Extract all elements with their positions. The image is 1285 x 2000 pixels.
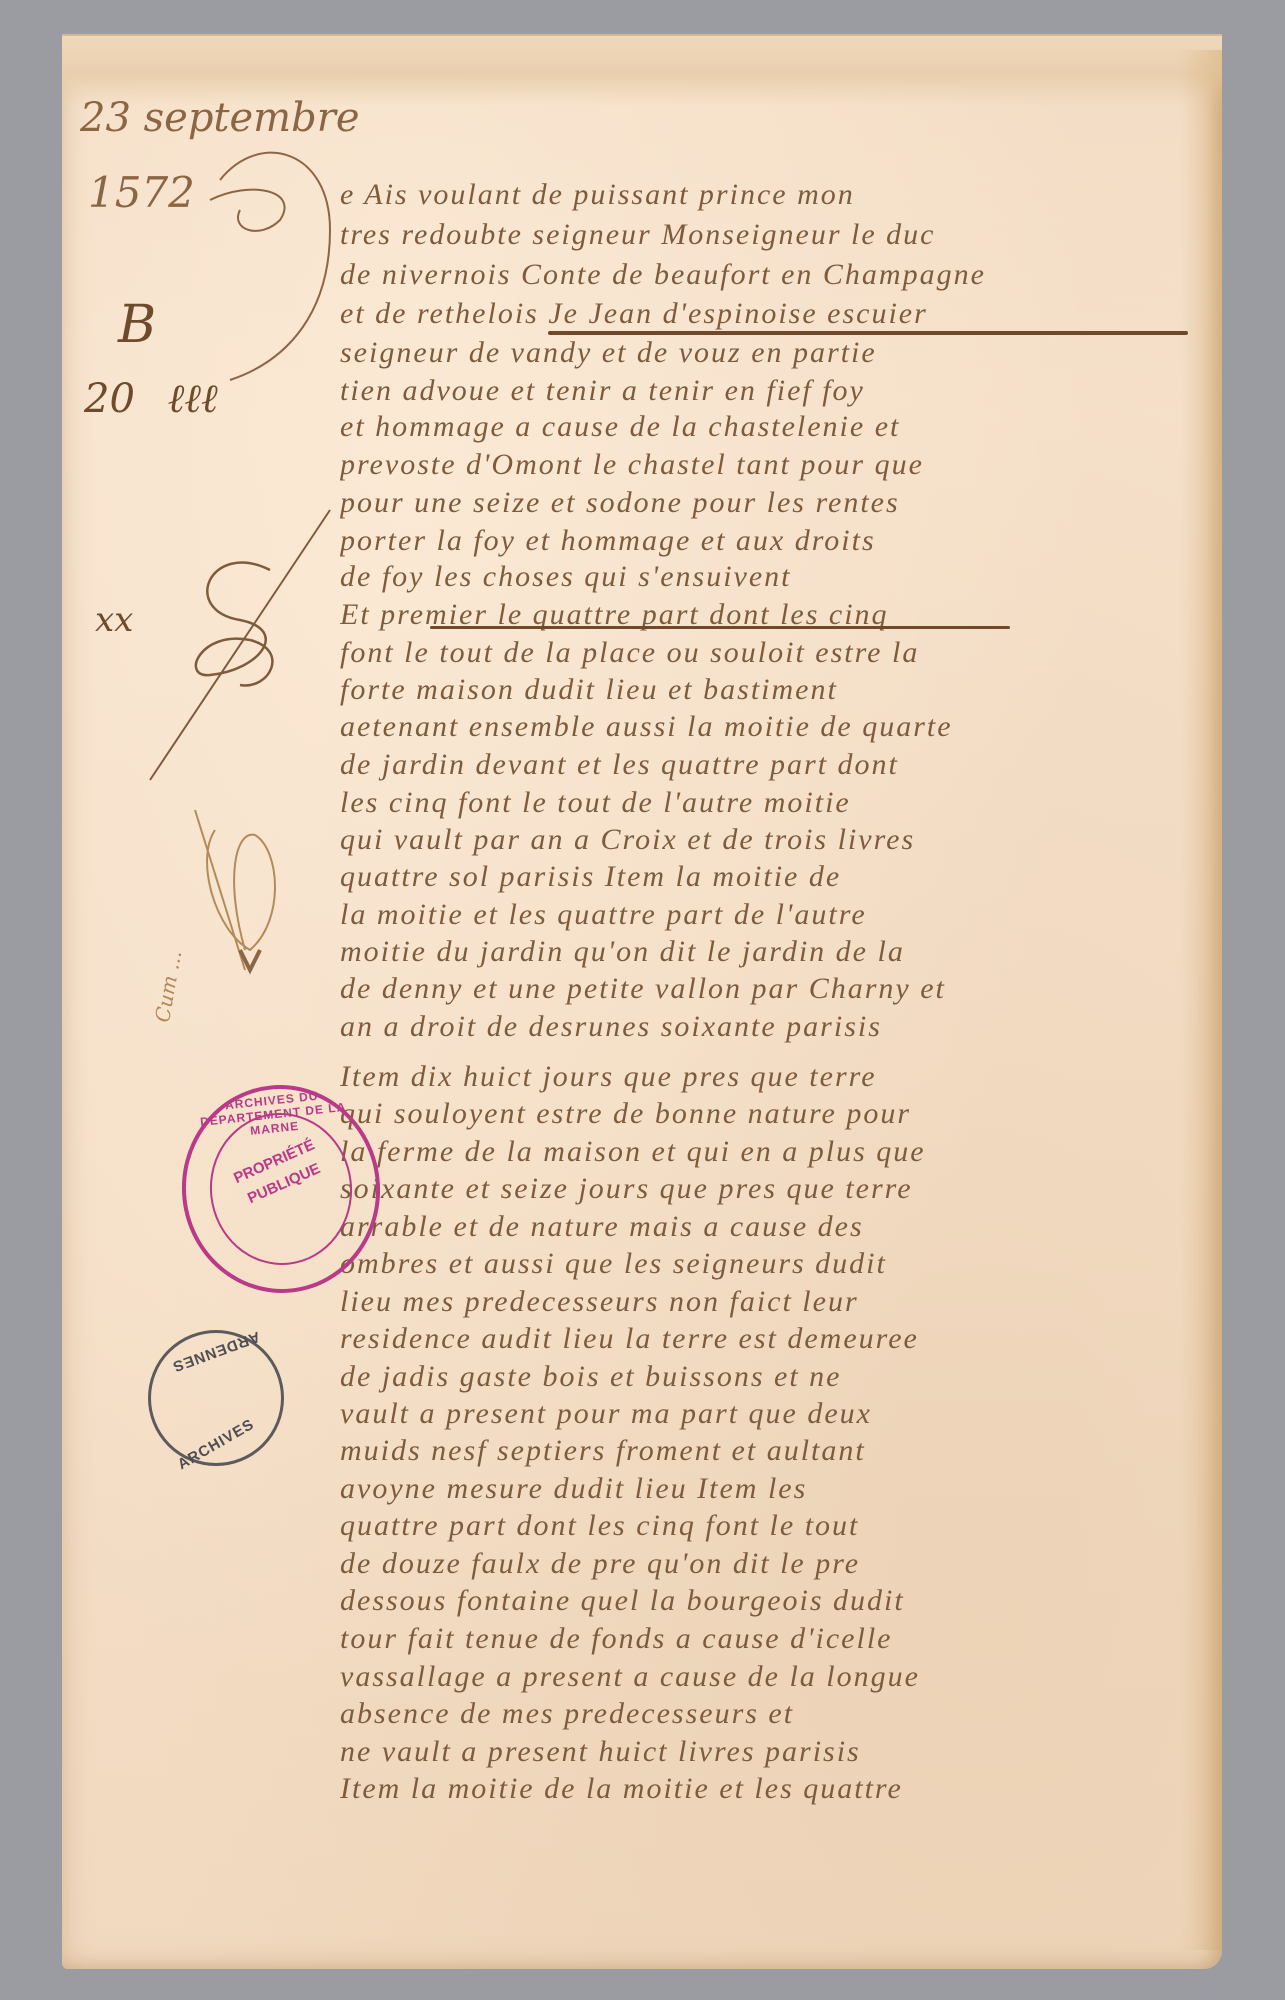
body-line: ombres et aussi que les seigneurs dudit	[340, 1247, 1180, 1281]
body-line: dessous fontaine quel la bourgeois dudit	[340, 1584, 1180, 1618]
body-line: de denny et une petite vallon par Charny…	[340, 972, 1180, 1006]
body-line: et hommage a cause de la chastelenie et	[340, 410, 1180, 444]
body-line: lieu mes predecesseurs non faict leur	[340, 1285, 1180, 1319]
body-line: tres redoubte seigneur Monseigneur le du…	[340, 218, 1180, 252]
body-line: e Ais voulant de puissant prince mon	[340, 178, 1180, 212]
body-line: muids nesf septiers froment et aultant	[340, 1434, 1180, 1468]
body-line: moitie du jardin qu'on dit le jardin de …	[340, 935, 1180, 969]
amount-suffix: ℓℓℓ	[168, 376, 218, 422]
body-line: de foy les choses qui s'ensuivent	[340, 560, 1180, 594]
body-line: quattre part dont les cinq font le tout	[340, 1509, 1180, 1543]
body-line: vassallage a present a cause de la longu…	[340, 1660, 1180, 1694]
date-annotation: 23 septembre	[80, 95, 360, 141]
body-line: soixante et seize jours que pres que ter…	[340, 1172, 1180, 1206]
body-line: ne vault a present huict livres parisis	[340, 1735, 1180, 1769]
paraph-mark-icon	[175, 800, 295, 1000]
date-line-1: 23 septembre	[80, 95, 360, 141]
body-line: la moitie et les quattre part de l'autre	[340, 898, 1180, 932]
letter-b: B	[118, 295, 156, 355]
year-annotation: 1572	[88, 168, 195, 217]
body-line: seigneur de vandy et de vouz en partie	[340, 336, 1180, 370]
body-line: Item la moitie de la moitie et les quatt…	[340, 1772, 1180, 1806]
body-line: absence de mes predecesseurs et	[340, 1697, 1180, 1731]
body-line: qui souloyent estre de bonne nature pour	[340, 1097, 1180, 1131]
body-line: de nivernois Conte de beaufort en Champa…	[340, 258, 1180, 292]
body-line: porter la foy et hommage et aux droits	[340, 524, 1180, 558]
body-line: et de rethelois Je Jean d'espinoise escu…	[340, 297, 1180, 331]
body-line: de jardin devant et les quattre part don…	[340, 748, 1180, 782]
body-line: tien advoue et tenir a tenir en fief foy	[340, 374, 1180, 408]
body-line: aetenant ensemble aussi la moitie de qua…	[340, 710, 1180, 744]
amount-number: 20	[84, 376, 135, 422]
body-line: la ferme de la maison et qui en a plus q…	[340, 1135, 1180, 1169]
body-line: residence audit lieu la terre est demeur…	[340, 1322, 1180, 1356]
body-line: vault a present pour ma part que deux	[340, 1397, 1180, 1431]
body-line: font le tout de la place ou souloit estr…	[340, 636, 1180, 670]
body-line: qui vault par an a Croix et de trois liv…	[340, 823, 1180, 857]
paper-edge	[1180, 50, 1222, 1950]
flourish-d-icon	[200, 140, 360, 400]
body-line: les cinq font le tout de l'autre moitie	[340, 786, 1180, 820]
body-line: de douze faulx de pre qu'on dit le pre	[340, 1547, 1180, 1581]
body-line: pour une seize et sodone pour les rentes	[340, 486, 1180, 520]
paraph-signature-icon	[120, 500, 350, 800]
body-line: Item dix huict jours que pres que terre	[340, 1060, 1180, 1094]
body-line: avoyne mesure dudit lieu Item les	[340, 1472, 1180, 1506]
letter-annotation: B	[118, 295, 156, 355]
body-line: an a droit de desrunes soixante parisis	[340, 1010, 1180, 1044]
body-line: prevoste d'Omont le chastel tant pour qu…	[340, 448, 1180, 482]
body-line: arrable et de nature mais a cause des	[340, 1210, 1180, 1244]
body-line: forte maison dudit lieu et bastiment	[340, 673, 1180, 707]
year-text: 1572	[88, 168, 195, 217]
body-line: quattre sol parisis Item la moitie de	[340, 860, 1180, 894]
body-line: tour fait tenue de fonds a cause d'icell…	[340, 1622, 1180, 1656]
underline-stroke	[548, 331, 1188, 335]
archives-stamp-grey: ARDENNES ARCHIVES	[148, 1330, 284, 1466]
underline-stroke	[430, 626, 1010, 629]
body-line: de jadis gaste bois et buissons et ne	[340, 1360, 1180, 1394]
amount-annotation: 20 ℓℓℓ	[84, 375, 218, 422]
